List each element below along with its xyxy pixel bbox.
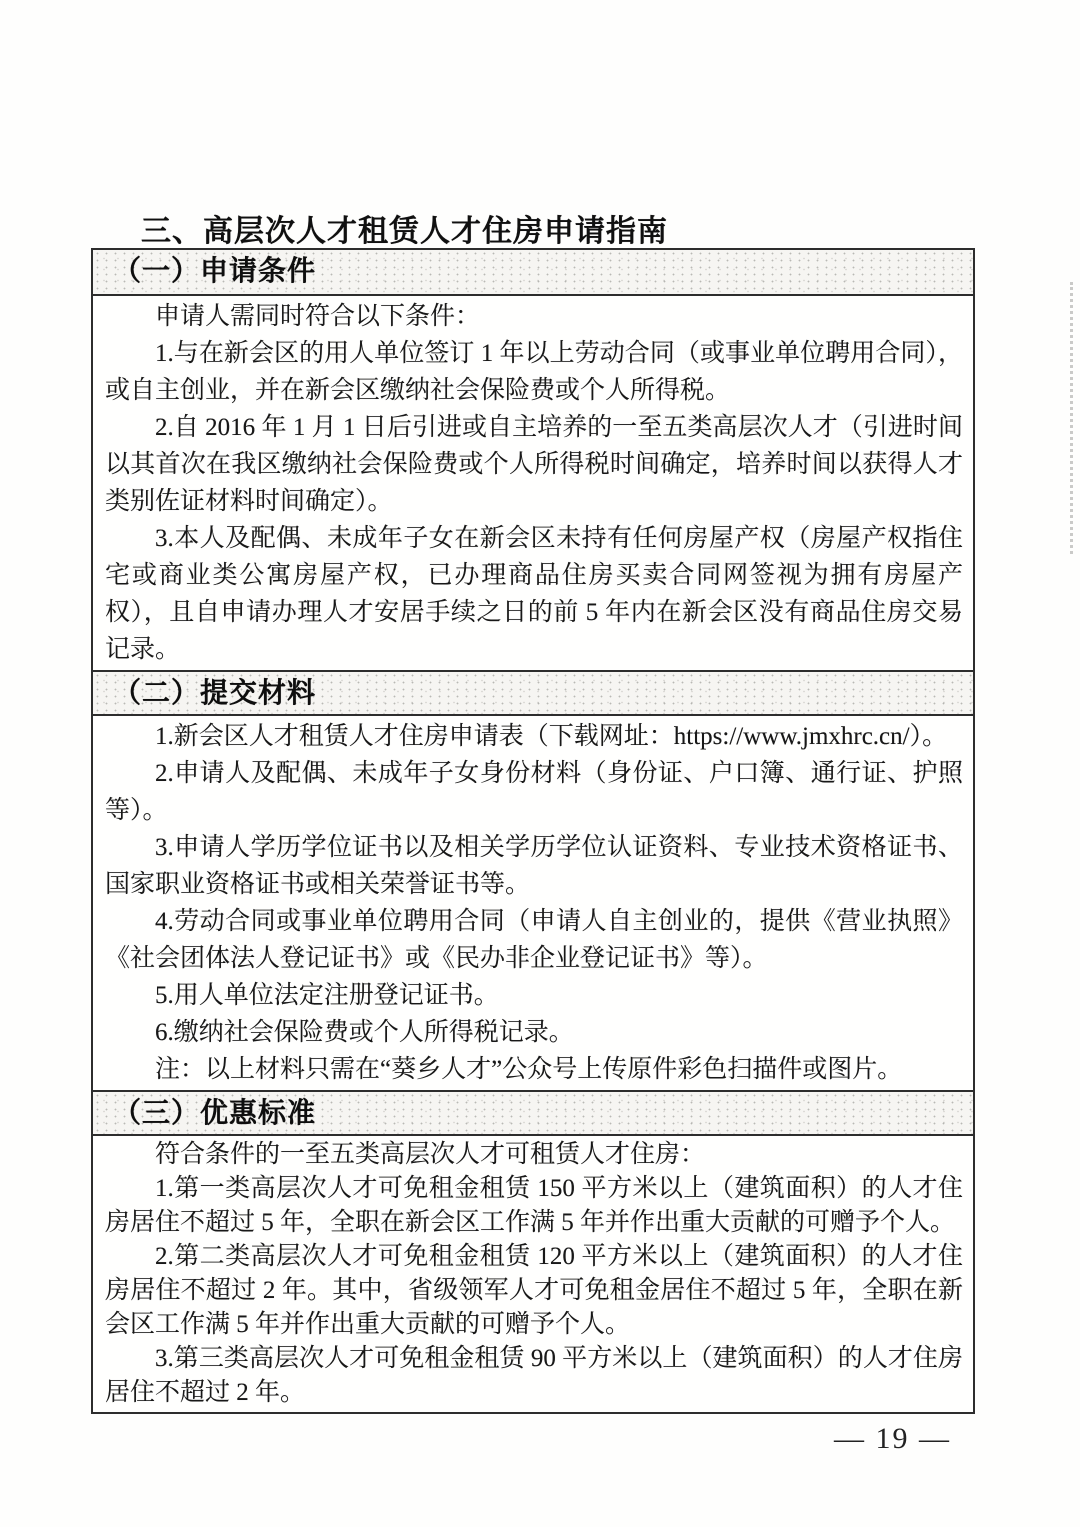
paragraph-condition-2: 2.自 2016 年 1 月 1 日后引进或自主培养的一至五类高层次人才（引进时… bbox=[105, 409, 963, 520]
paragraph-material-4: 4.劳动合同或事业单位聘用合同（申请人自主创业的，提供《营业执照》《社会团体法人… bbox=[105, 903, 963, 977]
paragraph-benefit-tier-2: 2.第二类高层次人才可免租金租赁 120 平方米以上（建筑面积）的人才住房居住不… bbox=[105, 1240, 963, 1342]
paragraph-material-6: 6.缴纳社会保险费或个人所得税记录。 bbox=[105, 1014, 963, 1051]
paragraph-material-2: 2.申请人及配偶、未成年子女身份材料（身份证、户口簿、通行证、护照等）。 bbox=[105, 755, 963, 829]
paragraph-material-note: 注：以上材料只需在“葵乡人才”公众号上传原件彩色扫描件或图片。 bbox=[105, 1051, 963, 1088]
document-title: 三、高层次人才租赁人才住房申请指南 bbox=[141, 206, 668, 250]
section-body-application-conditions: 申请人需同时符合以下条件： 1.与在新会区的用人单位签订 1 年以上劳动合同（或… bbox=[93, 296, 973, 670]
section-heading-submission-materials: （二）提交材料 bbox=[93, 670, 973, 716]
application-guide-table: （一）申请条件 申请人需同时符合以下条件： 1.与在新会区的用人单位签订 1 年… bbox=[91, 248, 975, 1414]
scan-noise-artifact bbox=[1070, 282, 1073, 554]
paragraph-material-3: 3.申请人学历学位证书以及相关学历学位认证资料、专业技术资格证书、国家职业资格证… bbox=[105, 829, 963, 903]
paragraph-benefit-tier-1: 1.第一类高层次人才可免租金租赁 150 平方米以上（建筑面积）的人才住房居住不… bbox=[105, 1172, 963, 1240]
paragraph-condition-1: 1.与在新会区的用人单位签订 1 年以上劳动合同（或事业单位聘用合同），或自主创… bbox=[105, 335, 963, 409]
section-body-submission-materials: 1.新会区人才租赁人才住房申请表（下载网址：https://www.jmxhrc… bbox=[93, 716, 973, 1090]
paragraph-conditions-intro: 申请人需同时符合以下条件： bbox=[105, 298, 963, 335]
section-heading-benefit-standards: （三）优惠标准 bbox=[93, 1090, 973, 1136]
page-number: — 19 — bbox=[834, 1422, 951, 1456]
paragraph-condition-3: 3.本人及配偶、未成年子女在新会区未持有任何房屋产权（房屋产权指住宅或商业类公寓… bbox=[105, 520, 963, 668]
paragraph-benefit-tier-3: 3.第三类高层次人才可免租金租赁 90 平方米以上（建筑面积）的人才住房居住不超… bbox=[105, 1342, 963, 1410]
paragraph-material-1: 1.新会区人才租赁人才住房申请表（下载网址：https://www.jmxhrc… bbox=[105, 718, 963, 755]
section-heading-application-conditions: （一）申请条件 bbox=[93, 250, 973, 296]
section-body-benefit-standards: 符合条件的一至五类高层次人才可租赁人才住房： 1.第一类高层次人才可免租金租赁 … bbox=[93, 1136, 973, 1412]
paragraph-benefits-intro: 符合条件的一至五类高层次人才可租赁人才住房： bbox=[105, 1138, 963, 1172]
document-page: 三、高层次人才租赁人才住房申请指南 （一）申请条件 申请人需同时符合以下条件： … bbox=[0, 0, 1080, 1527]
paragraph-material-5: 5.用人单位法定注册登记证书。 bbox=[105, 977, 963, 1014]
